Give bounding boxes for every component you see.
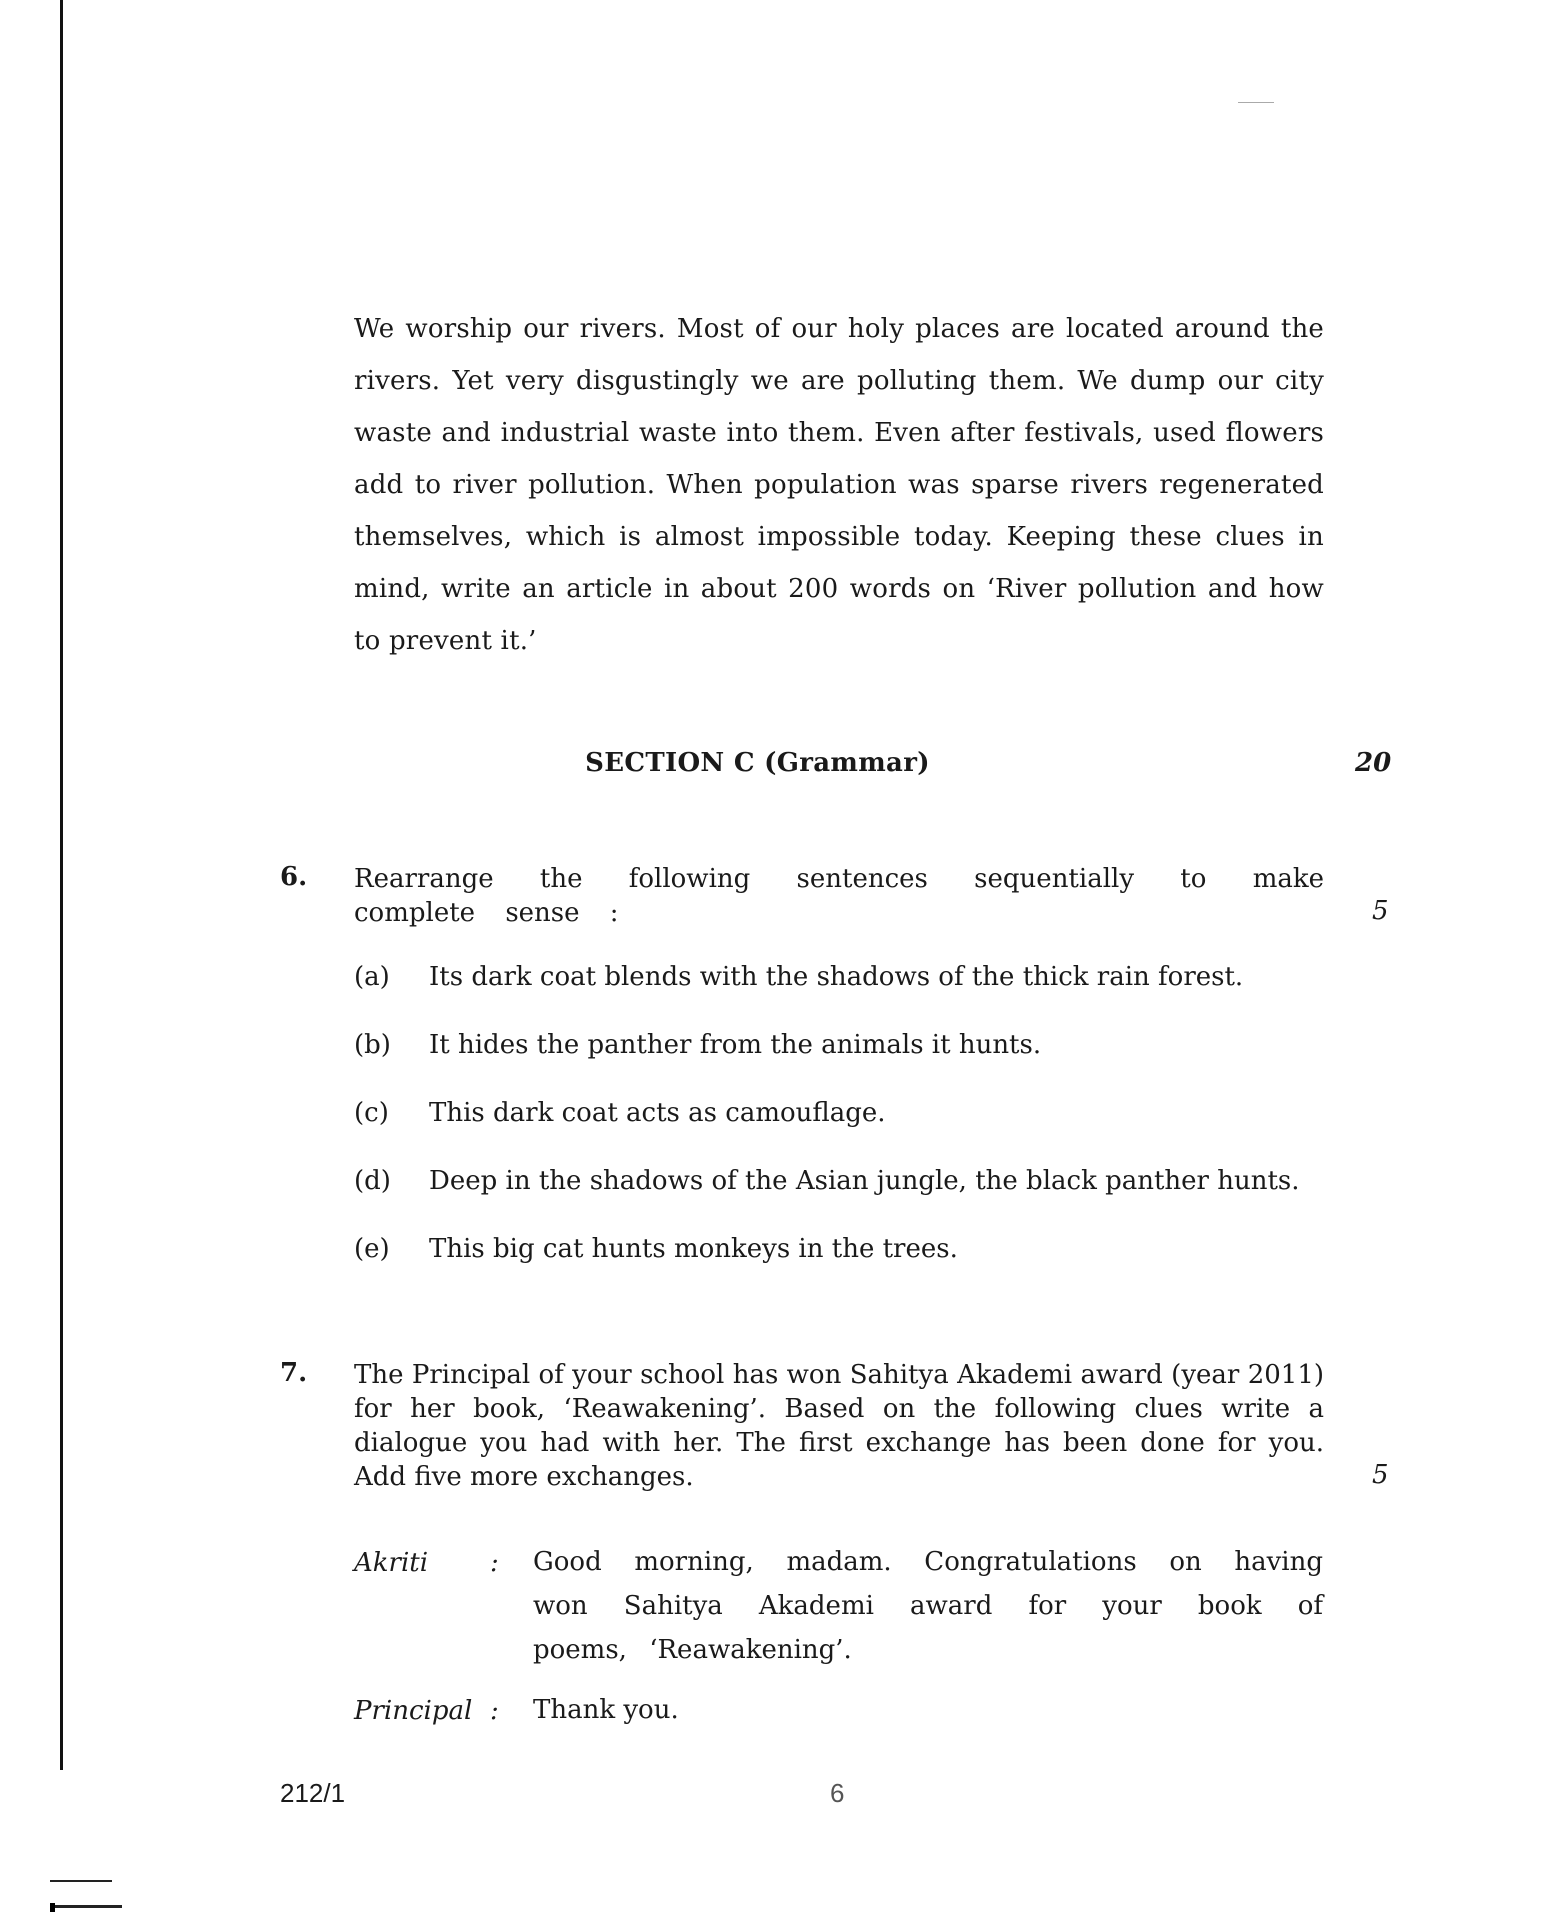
dialogue-speaker: Principal	[354, 1696, 472, 1726]
dialogue-colon: :	[490, 1696, 499, 1726]
section-heading: SECTION C (Grammar)	[0, 748, 1547, 778]
item-text: Its dark coat blends with the shadows of…	[429, 962, 1243, 992]
page-number: 6	[830, 1778, 844, 1809]
question-text: Rearrange the following sentences sequen…	[354, 862, 1324, 930]
item-text: This big cat hunts monkeys in the trees.	[429, 1234, 958, 1264]
question-marks: 5	[1372, 896, 1389, 926]
item-label: (b)	[354, 1030, 429, 1060]
list-item: (a)Its dark coat blends with the shadows…	[354, 962, 1243, 992]
binding-margin-line	[60, 0, 63, 1770]
dialogue-text: Good morning, madam. Congratulations on …	[533, 1540, 1323, 1672]
list-item: (d)Deep in the shadows of the Asian jung…	[354, 1166, 1300, 1196]
dialogue-speaker: Akriti	[354, 1548, 428, 1578]
item-label: (a)	[354, 962, 429, 992]
article-prompt-passage: We worship our rivers. Most of our holy …	[354, 303, 1324, 667]
item-text: It hides the panther from the animals it…	[429, 1030, 1041, 1060]
section-marks: 20	[1355, 748, 1391, 778]
item-label: (e)	[354, 1234, 429, 1264]
question-number: 6.	[280, 862, 307, 892]
paper-code: 212/1	[280, 1778, 345, 1809]
question-number: 7.	[280, 1358, 307, 1388]
question-marks: 5	[1372, 1460, 1389, 1490]
scan-mark	[50, 1905, 122, 1908]
list-item: (e)This big cat hunts monkeys in the tre…	[354, 1234, 958, 1264]
item-label: (c)	[354, 1098, 429, 1128]
list-item: (c)This dark coat acts as camouflage.	[354, 1098, 886, 1128]
dialogue-text: Thank you.	[533, 1688, 1323, 1732]
question-text: The Principal of your school has won Sah…	[354, 1358, 1324, 1494]
scan-mark	[1238, 102, 1274, 103]
item-text: This dark coat acts as camouflage.	[429, 1098, 886, 1128]
item-label: (d)	[354, 1166, 429, 1196]
list-item: (b)It hides the panther from the animals…	[354, 1030, 1041, 1060]
dialogue-colon: :	[490, 1548, 499, 1578]
section-title: SECTION C (Grammar)	[585, 748, 930, 778]
scan-mark	[50, 1880, 112, 1882]
item-text: Deep in the shadows of the Asian jungle,…	[429, 1166, 1300, 1196]
